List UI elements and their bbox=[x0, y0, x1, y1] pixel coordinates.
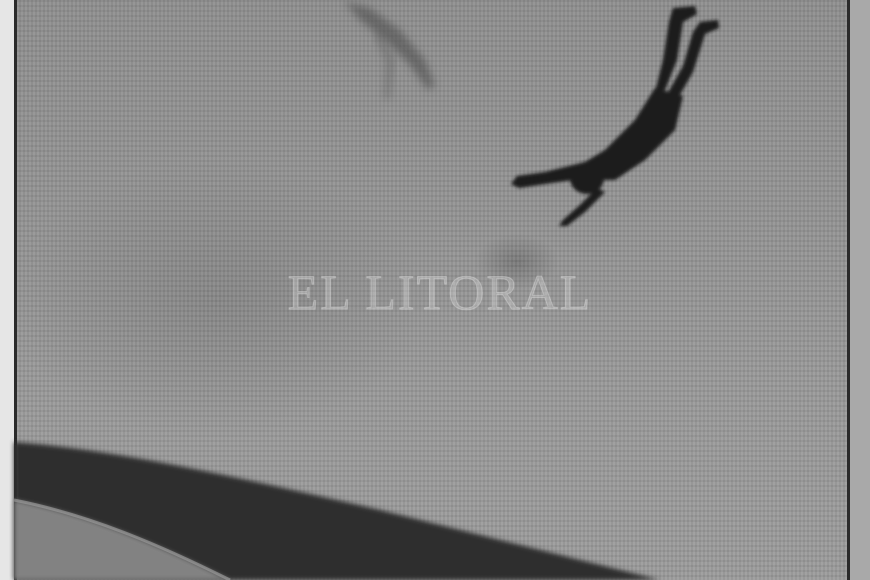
newspaper-clipping: EL LITORAL bbox=[0, 0, 870, 580]
diver-silhouette bbox=[505, 0, 730, 230]
watermark: EL LITORAL bbox=[270, 262, 610, 322]
page-margin-right bbox=[850, 0, 870, 580]
blurred-figure bbox=[340, 0, 460, 110]
